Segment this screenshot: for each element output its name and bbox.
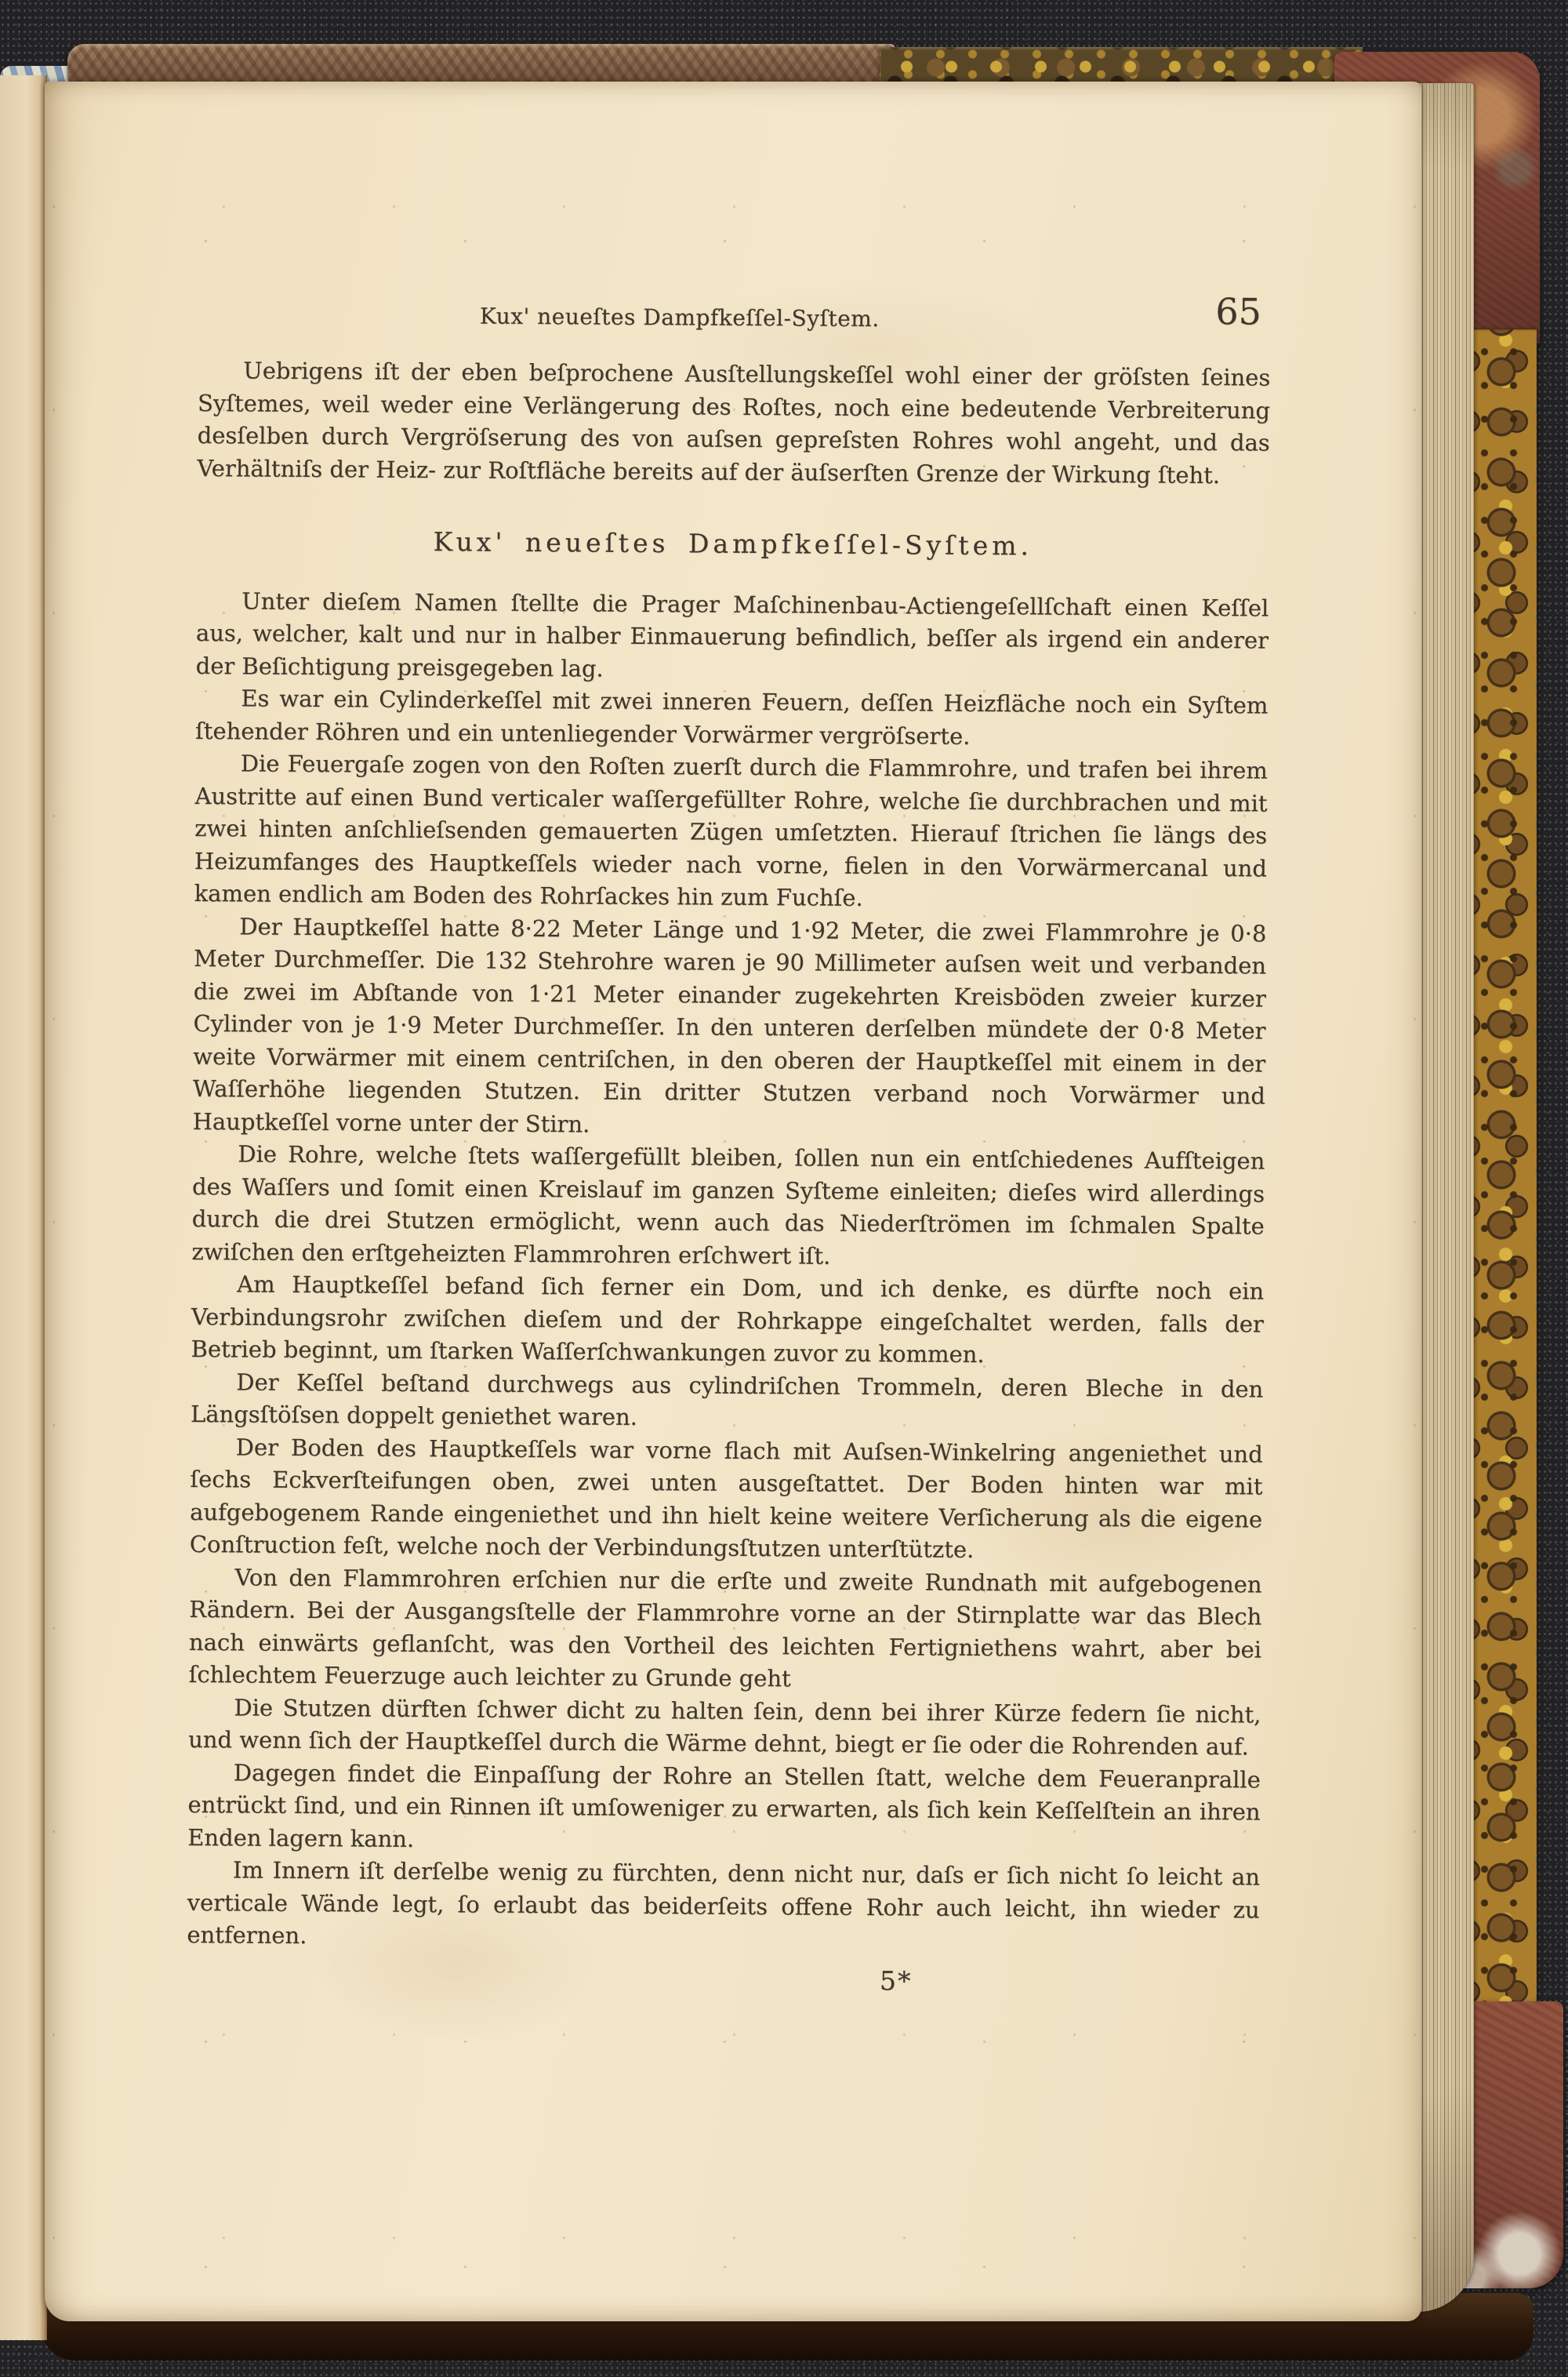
paragraph: Die Stutzen dürften ſchwer dicht zu halt… [188, 1691, 1261, 1764]
signature-mark: 5* [187, 1959, 1259, 1999]
section-heading: Kux' neueſtes Dampfkeſſel-Syſtem. [197, 524, 1269, 564]
book-page: Kux' neueſtes Dampfkeſſel-Syſtem. 65 Ueb… [45, 82, 1421, 2321]
paragraph: Der Keſſel beſtand durchwegs aus cylindr… [191, 1365, 1264, 1438]
page-number: 65 [1215, 296, 1261, 329]
paragraph: Am Hauptkeſſel befand ſich ferner ein Do… [191, 1268, 1264, 1373]
facing-page-gutter [0, 75, 47, 2340]
paragraph: Dagegen findet die Einpaſſung der Rohre … [187, 1756, 1261, 1861]
page-header: Kux' neueſtes Dampfkeſſel-Syſtem. 65 [198, 295, 1270, 362]
scanner-bed: { "book_page": { "running_header": "Kux'… [0, 0, 1568, 2377]
paragraph: Der Hauptkeſſel hatte 8·22 Meter Länge u… [192, 910, 1266, 1145]
paragraph: Uebrigens iſt der eben beſprochene Ausſt… [197, 354, 1270, 492]
paragraph: Der Boden des Hauptkeſſels war vorne fla… [190, 1430, 1263, 1568]
fore-edge-marbled-strip [1463, 329, 1537, 2022]
paragraph: Es war ein Cylinderkeſſel mit zwei inner… [195, 682, 1269, 755]
paragraph: Die Rohre, welche ſtets waſſergefüllt bl… [191, 1138, 1265, 1276]
running-header: Kux' neueſtes Dampfkeſſel-Syſtem. [198, 298, 1161, 337]
paragraph: Von den Flammrohren erſchien nur die erſ… [189, 1561, 1262, 1699]
page-content: Kux' neueſtes Dampfkeſſel-Syſtem. 65 Ueb… [187, 295, 1271, 1999]
spine-top-leather [67, 44, 895, 86]
page-stack-edge [1416, 83, 1474, 2312]
paragraph: Die Feuergaſe zogen von den Roſten zuerſ… [194, 747, 1268, 918]
paragraph: Unter dieſem Namen ſtellte die Prager Ma… [196, 584, 1269, 689]
paragraph: Im Innern iſt derſelbe wenig zu fürchten… [187, 1854, 1260, 1959]
